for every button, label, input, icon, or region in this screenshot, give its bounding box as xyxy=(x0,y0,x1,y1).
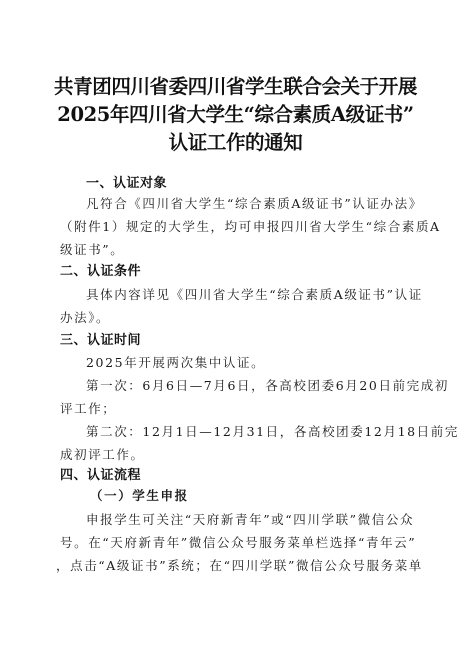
paragraph-line: （附件1）规定的大学生，均可申报四川省大学生“综合素质A xyxy=(60,219,441,235)
paragraph-line: 成初评工作。 xyxy=(60,447,145,463)
document-title-line-1: 共青团四川省委四川省学生联合会关于开展 xyxy=(0,75,471,99)
section-heading-2: 二、认证条件 xyxy=(60,264,141,280)
paragraph-line: 凡符合《四川省大学生“综合素质A级证书”认证办法》 xyxy=(86,196,423,212)
paragraph-line: 办法》。 xyxy=(60,310,110,326)
paragraph-line: 级证书”。 xyxy=(60,242,124,258)
section-heading-1: 一、认证对象 xyxy=(86,176,167,192)
document-page: 共青团四川省委四川省学生联合会关于开展 2025年四川省大学生“综合素质A级证书… xyxy=(0,0,471,666)
paragraph-line: 具体内容详见《四川省大学生“综合素质A级证书”认证 xyxy=(86,287,423,303)
document-title-line-3: 认证工作的通知 xyxy=(0,131,471,155)
section-heading-3: 三、认证时间 xyxy=(60,333,141,349)
subsection-heading: （一）学生申报 xyxy=(90,488,189,504)
paragraph-line: 第一次：6月6日—7月6日，各高校团委6月20日前完成初 xyxy=(86,378,449,394)
paragraph-line: 号。在“天府新青年”微信公众号服务菜单栏选择“青年云” xyxy=(60,535,416,551)
paragraph-line: 第二次：12月1日—12月31日，各高校团委12月18日前完 xyxy=(86,424,459,440)
paragraph-line: 评工作； xyxy=(60,401,116,417)
document-title-line-2: 2025年四川省大学生“综合素质A级证书” xyxy=(0,103,471,127)
section-heading-4: 四、认证流程 xyxy=(60,468,141,484)
paragraph-line: ，点击“A级证书”系统；在“四川学联”微信公众号服务菜单 xyxy=(56,558,423,574)
paragraph-line: 2025年开展两次集中认证。 xyxy=(86,355,265,371)
paragraph-line: 申报学生可关注“天府新青年”或“四川学联”微信公众 xyxy=(86,512,414,528)
